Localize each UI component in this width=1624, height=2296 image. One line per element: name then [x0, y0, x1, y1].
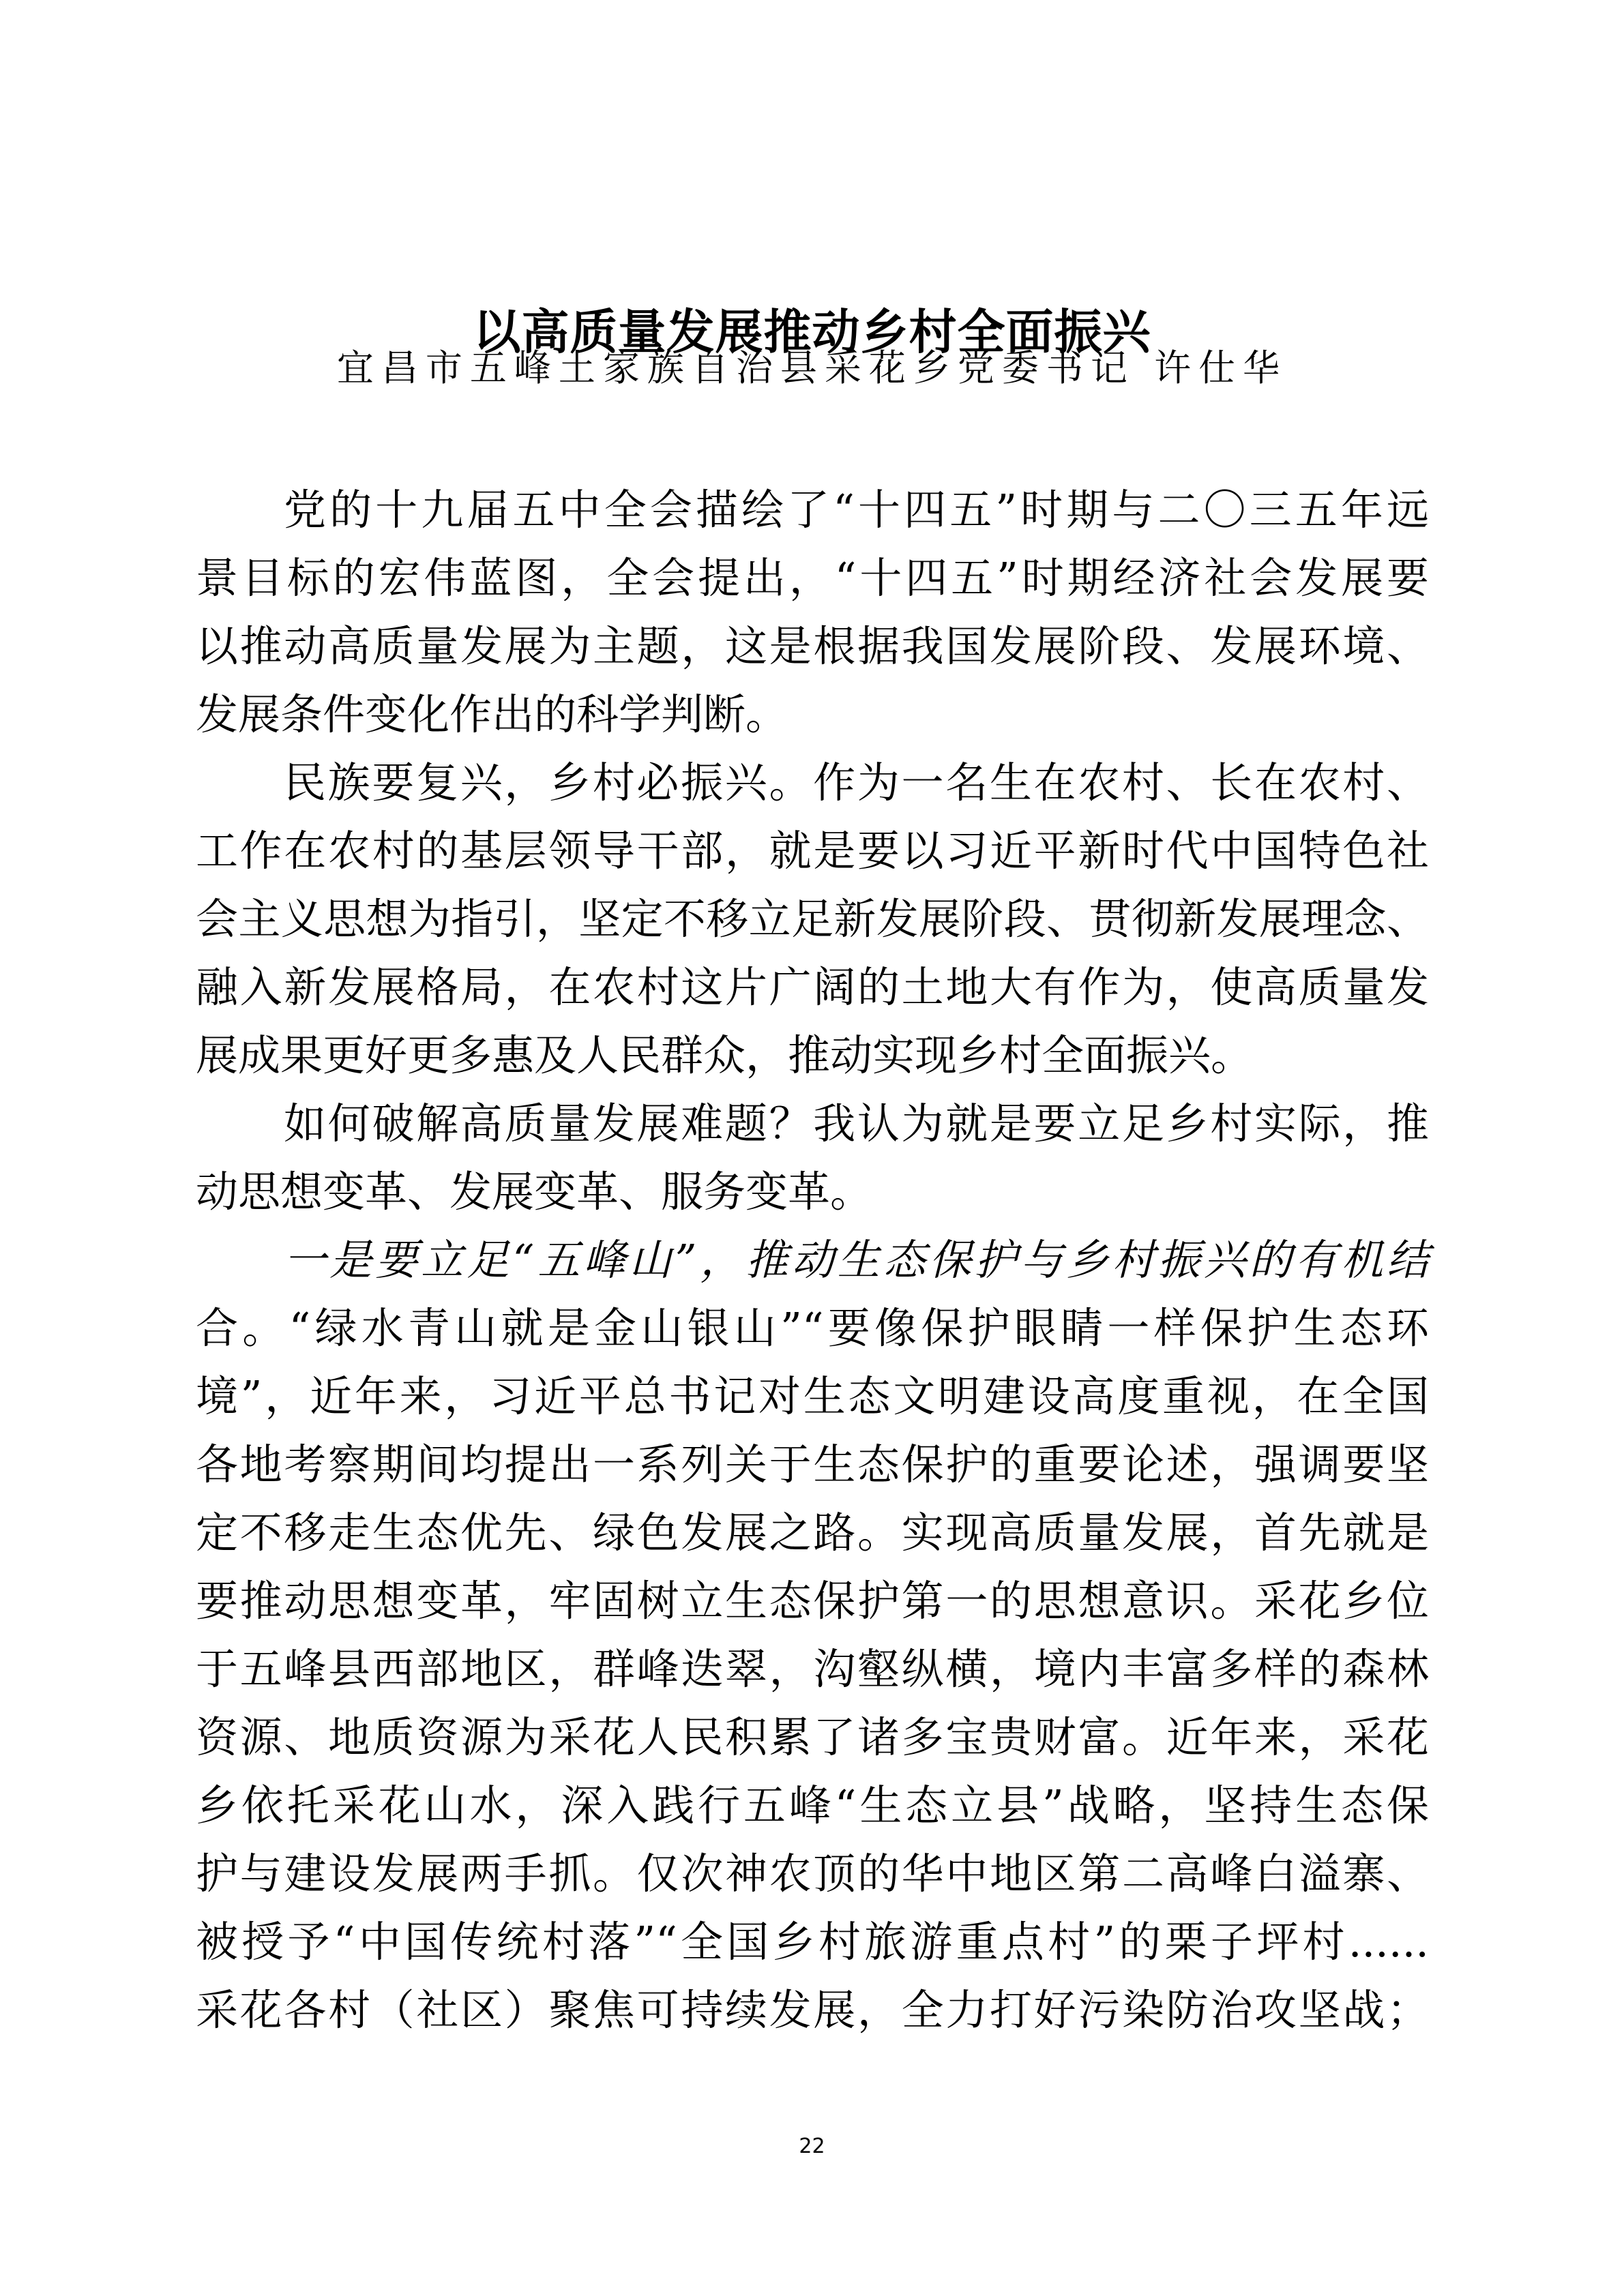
- paragraph-1-line-2: 景目标的宏伟蓝图，全会提出，“十四五”时期经济社会发展要: [196, 544, 1429, 612]
- document-page: 以高质量发展推动乡村全面振兴 宜昌市五峰土家族自治县采花乡党委书记 许仕华 党的…: [0, 0, 1624, 2296]
- paragraph-4-line-8: 资源、地质资源为采花人民积累了诸多宝贵财富。近年来，采花: [196, 1703, 1429, 1772]
- paragraph-2-line-2: 工作在农村的基层领导干部，就是要以习近平新时代中国特色社: [196, 817, 1429, 885]
- paragraph-1-line-4: 发展条件变化作出的科学判断。: [196, 681, 1429, 749]
- page-number: 22: [0, 2133, 1624, 2160]
- paragraph-4-line-10: 护与建设发展两手抓。仅次神农顶的华中地区第二高峰白溢寨、: [196, 1840, 1429, 1908]
- paragraph-1-line-1: 党的十九届五中全会描绘了“十四五”时期与二〇三五年远: [284, 476, 1429, 544]
- paragraph-3-line-1: 如何破解高质量发展难题？我认为就是要立足乡村实际，推: [284, 1090, 1429, 1158]
- paragraph-2-line-3: 会主义思想为指引，坚定不移立足新发展阶段、贯彻新发展理念、: [196, 885, 1429, 953]
- paragraph-2-line-1: 民族要复兴，乡村必振兴。作为一名生在农村、长在农村、: [284, 749, 1429, 817]
- paragraph-4-line-3: 境”，近年来，习近平总书记对生态文明建设高度重视，在全国: [196, 1362, 1429, 1431]
- paragraph-4-line-11: 被授予“中国传统村落”“全国乡村旅游重点村”的栗子坪村......: [196, 1908, 1429, 1976]
- paragraph-1-line-3: 以推动高质量发展为主题，这是根据我国发展阶段、发展环境、: [196, 612, 1429, 681]
- paragraph-2-line-5: 展成果更好更多惠及人民群众，推动实现乡村全面振兴。: [196, 1022, 1429, 1090]
- paragraph-4-line-5: 定不移走生态优先、绿色发展之路。实现高质量发展，首先就是: [196, 1499, 1429, 1567]
- paragraph-4-line-7: 于五峰县西部地区，群峰迭翠，沟壑纵横，境内丰富多样的森林: [196, 1635, 1429, 1703]
- paragraph-4-line-4: 各地考察期间均提出一系列关于生态保护的重要论述，强调要坚: [196, 1431, 1429, 1499]
- author-byline: 宜昌市五峰土家族自治县采花乡党委书记 许仕华: [0, 341, 1624, 396]
- paragraph-4-line-6: 要推动思想变革，牢固树立生态保护第一的思想意识。采花乡位: [196, 1567, 1429, 1635]
- paragraph-4-line-12: 采花各村（社区）聚焦可持续发展，全力打好污染防治攻坚战；: [196, 1976, 1429, 2044]
- paragraph-4-subheading-line: 一是要立足“五峰山”，推动生态保护与乡村振兴的有机结: [284, 1226, 1429, 1294]
- paragraph-3-line-2: 动思想变革、发展变革、服务变革。: [196, 1158, 1429, 1226]
- paragraph-2-line-4: 融入新发展格局，在农村这片广阔的土地大有作为，使高质量发: [196, 953, 1429, 1022]
- paragraph-4-line-9: 乡依托采花山水，深入践行五峰“生态立县”战略，坚持生态保: [196, 1772, 1429, 1840]
- paragraph-4-line-2: 合。“绿水青山就是金山银山”“要像保护眼睛一样保护生态环: [196, 1294, 1429, 1362]
